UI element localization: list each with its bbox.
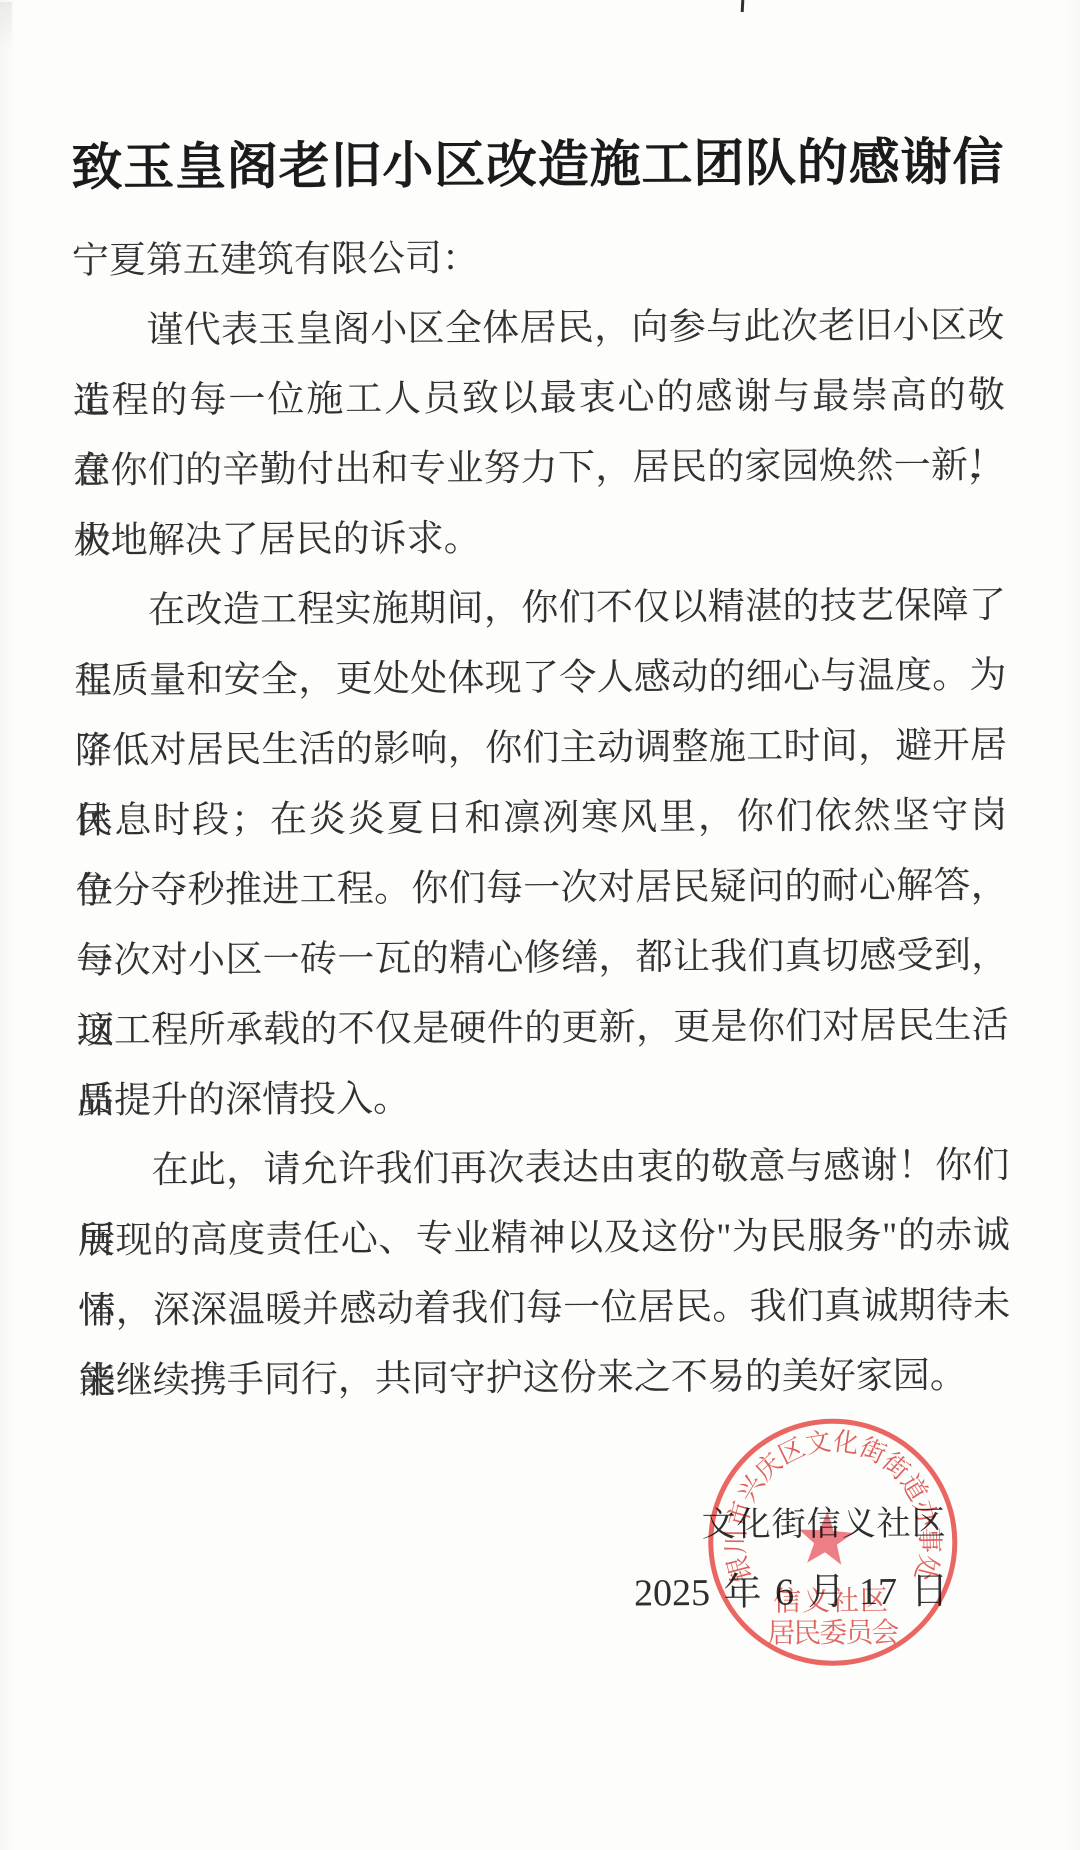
body-line: 能继续携手同行，共同守护这份来之不易的美好家园。: [79, 1341, 1011, 1417]
letter-content: 致玉皇阁老旧小区改造施工团队的感谢信 宁夏第五建筑有限公司： 谨代表玉皇阁小区全…: [0, 0, 1080, 1850]
body-line: 展现的高度责任心、专业精神以及这份"为民服务"的赤诚情: [78, 1201, 1010, 1277]
salutation-line: 宁夏第五建筑有限公司：: [72, 221, 1004, 297]
body-line: 项工程所承载的不仅是硬件的更新，更是你们对居民生活品: [76, 991, 1008, 1067]
seal-committee-text: 居民委员会: [767, 1617, 899, 1649]
scanned-letter-page: 致玉皇阁老旧小区改造施工团队的感谢信 宁夏第五建筑有限公司： 谨代表玉皇阁小区全…: [0, 0, 1080, 1850]
body-line: 在此，请允许我们再次表达由衷的敬意与感谢！你们所: [77, 1131, 1009, 1207]
seal-community-text: 信义社区: [773, 1585, 889, 1617]
body-line: 谨代表玉皇阁小区全体居民，向参与此次老旧小区改造: [72, 291, 1004, 367]
letter-body: 宁夏第五建筑有限公司： 谨代表玉皇阁小区全体居民，向参与此次老旧小区改造 工程的…: [72, 221, 1011, 1417]
body-line: 工程的每一位施工人员致以最衷心的感谢与最崇高的敬意！: [73, 361, 1005, 437]
official-seal: 银川市兴庆区文化街街道办事处 信义社区 居民委员会: [703, 1413, 963, 1671]
body-line: 在你们的辛勤付出和专业努力下，居民的家园焕然一新，极: [73, 431, 1005, 507]
body-line: 大地解决了居民的诉求。: [73, 501, 1005, 577]
letter-title: 致玉皇阁老旧小区改造施工团队的感谢信: [71, 133, 1003, 199]
body-line: 休息时段；在炎炎夏日和凛冽寒风里，你们依然坚守岗位，: [75, 781, 1007, 857]
body-line: 在改造工程实施期间，你们不仅以精湛的技艺保障了工: [74, 571, 1006, 647]
body-line: 降低对居民生活的影响，你们主动调整施工时间，避开居民: [75, 711, 1007, 787]
body-line: 争分夺秒推进工程。你们每一次对居民疑问的耐心解答，每: [76, 851, 1008, 927]
body-line: 怀，深深温暖并感动着我们每一位居民。我们真诚期待未来: [78, 1271, 1010, 1347]
body-line: 程质量和安全，更处处体现了令人感动的细心与温度。为了: [74, 641, 1006, 717]
body-line: 质提升的深情投入。: [77, 1061, 1009, 1137]
seal-star: [797, 1510, 855, 1566]
body-line: 一次对小区一砖一瓦的精心修缮，都让我们真切感受到，这: [76, 921, 1008, 997]
